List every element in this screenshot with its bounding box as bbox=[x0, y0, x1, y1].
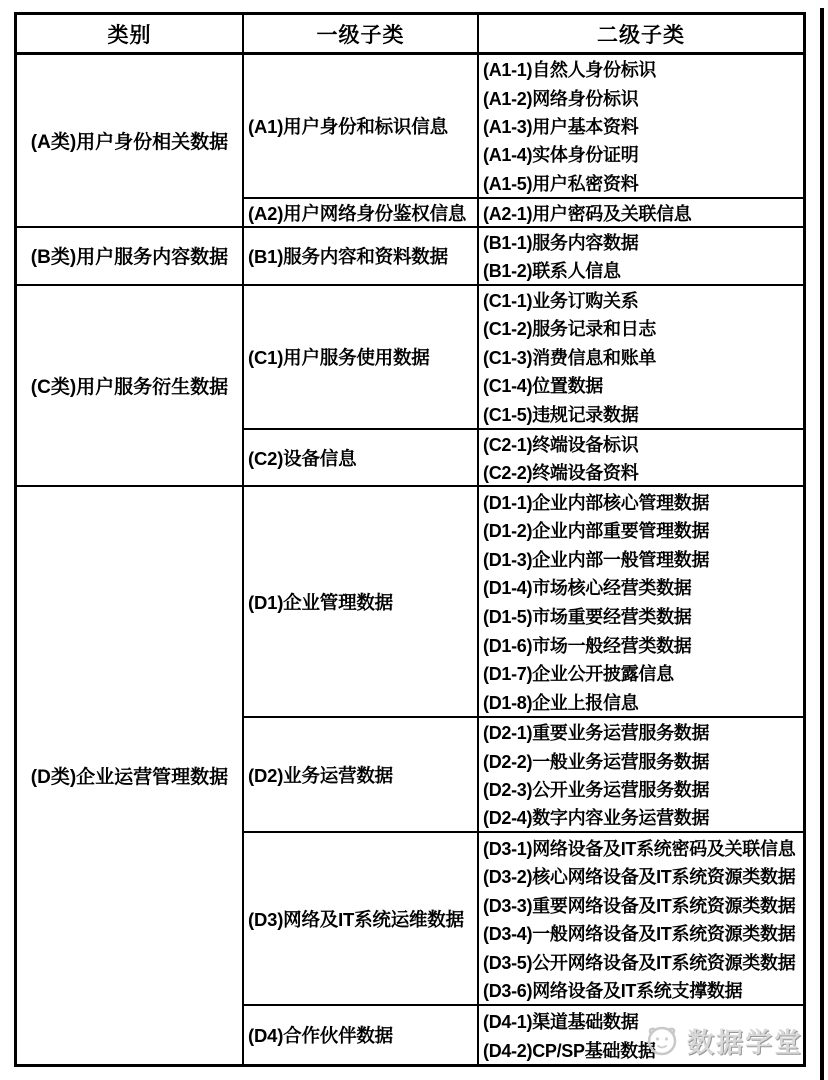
level2-subclass-cell: (A1-1)自然人身份标识(A1-2)网络身份标识(A1-3)用户基本资料(A1… bbox=[479, 55, 803, 199]
level2-item: (A1-4)实体身份证明 bbox=[479, 140, 803, 168]
level2-item: (C1-5)违规记录数据 bbox=[479, 399, 803, 427]
level2-item: (D2-2)一般业务运营服务数据 bbox=[479, 746, 803, 774]
level1-subclass-cell: (D3)网络及IT系统运维数据 bbox=[244, 833, 479, 1006]
level2-item: (D2-4)数字内容业务运营数据 bbox=[479, 803, 803, 831]
level2-item: (C2-2)终端设备资料 bbox=[479, 458, 803, 486]
page-right-border-line bbox=[820, 8, 824, 1080]
level2-item: (D1-3)企业内部一般管理数据 bbox=[479, 545, 803, 574]
level2-item: (C1-3)消费信息和账单 bbox=[479, 342, 803, 370]
level2-item: (D3-4)一般网络设备及IT系统资源类数据 bbox=[479, 919, 803, 948]
page: 类别 一级子类 二级子类 (A类)用户身份相关数据(A1)用户身份和标识信息(A… bbox=[0, 0, 828, 1080]
level2-item: (D3-1)网络设备及IT系统密码及关联信息 bbox=[479, 833, 803, 862]
watermark-text: 数据学堂 bbox=[687, 1021, 803, 1060]
level2-item: (A1-3)用户基本资料 bbox=[479, 112, 803, 140]
level2-item: (D3-5)公开网络设备及IT系统资源类数据 bbox=[479, 947, 803, 976]
level2-item: (B1-1)服务内容数据 bbox=[479, 228, 803, 256]
level2-item: (D2-3)公开业务运营服务数据 bbox=[479, 775, 803, 803]
level1-subclass-cell: (A2)用户网络身份鉴权信息 bbox=[244, 199, 479, 228]
level1-subclass-cell: (C2)设备信息 bbox=[244, 430, 479, 488]
level1-subclass-cell: (A1)用户身份和标识信息 bbox=[244, 55, 479, 199]
level2-subclass-cell: (C1-1)业务订购关系(C1-2)服务记录和日志(C1-3)消费信息和账单(C… bbox=[479, 286, 803, 430]
category-cell: (B类)用户服务内容数据 bbox=[17, 228, 244, 286]
level2-subclass-cell: (C2-1)终端设备标识(C2-2)终端设备资料 bbox=[479, 430, 803, 488]
category-cell: (C类)用户服务衍生数据 bbox=[17, 286, 244, 488]
level2-item: (D3-6)网络设备及IT系统支撑数据 bbox=[479, 976, 803, 1005]
level2-item: (D1-1)企业内部核心管理数据 bbox=[479, 487, 803, 516]
level2-subclass-cell: (A2-1)用户密码及关联信息 bbox=[479, 199, 803, 228]
header-level2-subclass: 二级子类 bbox=[479, 15, 803, 55]
level2-item: (D2-1)重要业务运营服务数据 bbox=[479, 718, 803, 746]
header-category: 类别 bbox=[17, 15, 244, 55]
level2-item: (C1-1)业务订购关系 bbox=[479, 286, 803, 314]
level2-item: (D3-3)重要网络设备及IT系统资源类数据 bbox=[479, 890, 803, 919]
level2-subclass-cell: (D3-1)网络设备及IT系统密码及关联信息(D3-2)核心网络设备及IT系统资… bbox=[479, 833, 803, 1006]
level1-subclass-cell: (B1)服务内容和资料数据 bbox=[244, 228, 479, 286]
watermark: 数据学堂 bbox=[644, 1020, 803, 1060]
category-cell: (A类)用户身份相关数据 bbox=[17, 55, 244, 228]
level2-subclass-cell: (D1-1)企业内部核心管理数据(D1-2)企业内部重要管理数据(D1-3)企业… bbox=[479, 487, 803, 718]
level2-item: (D1-6)市场一般经营类数据 bbox=[479, 630, 803, 659]
level1-subclass-cell: (D4)合作伙伴数据 bbox=[244, 1006, 479, 1064]
level2-item: (D1-8)企业上报信息 bbox=[479, 687, 803, 716]
level1-subclass-cell: (D1)企业管理数据 bbox=[244, 487, 479, 718]
level2-item: (D1-2)企业内部重要管理数据 bbox=[479, 516, 803, 545]
category-cell: (D类)企业运营管理数据 bbox=[17, 487, 244, 1064]
mascot-icon bbox=[644, 1022, 680, 1058]
level1-subclass-cell: (C1)用户服务使用数据 bbox=[244, 286, 479, 430]
level2-item: (D1-4)市场核心经营类数据 bbox=[479, 573, 803, 602]
level2-item: (C1-4)位置数据 bbox=[479, 371, 803, 399]
level2-item: (B1-2)联系人信息 bbox=[479, 256, 803, 284]
level2-item: (A1-1)自然人身份标识 bbox=[479, 55, 803, 83]
level1-subclass-cell: (D2)业务运营数据 bbox=[244, 718, 479, 833]
level2-item: (A2-1)用户密码及关联信息 bbox=[479, 199, 803, 226]
level2-item: (C1-2)服务记录和日志 bbox=[479, 314, 803, 342]
level2-item: (D1-7)企业公开披露信息 bbox=[479, 659, 803, 688]
level2-subclass-cell: (D2-1)重要业务运营服务数据(D2-2)一般业务运营服务数据(D2-3)公开… bbox=[479, 718, 803, 833]
header-level1-subclass: 一级子类 bbox=[244, 15, 479, 55]
level2-subclass-cell: (B1-1)服务内容数据(B1-2)联系人信息 bbox=[479, 228, 803, 286]
level2-item: (D1-5)市场重要经营类数据 bbox=[479, 602, 803, 631]
data-classification-table: 类别 一级子类 二级子类 (A类)用户身份相关数据(A1)用户身份和标识信息(A… bbox=[14, 12, 806, 1067]
level2-item: (C2-1)终端设备标识 bbox=[479, 430, 803, 458]
level2-item: (A1-5)用户私密资料 bbox=[479, 169, 803, 197]
level2-item: (A1-2)网络身份标识 bbox=[479, 83, 803, 111]
level2-item: (D3-2)核心网络设备及IT系统资源类数据 bbox=[479, 862, 803, 891]
